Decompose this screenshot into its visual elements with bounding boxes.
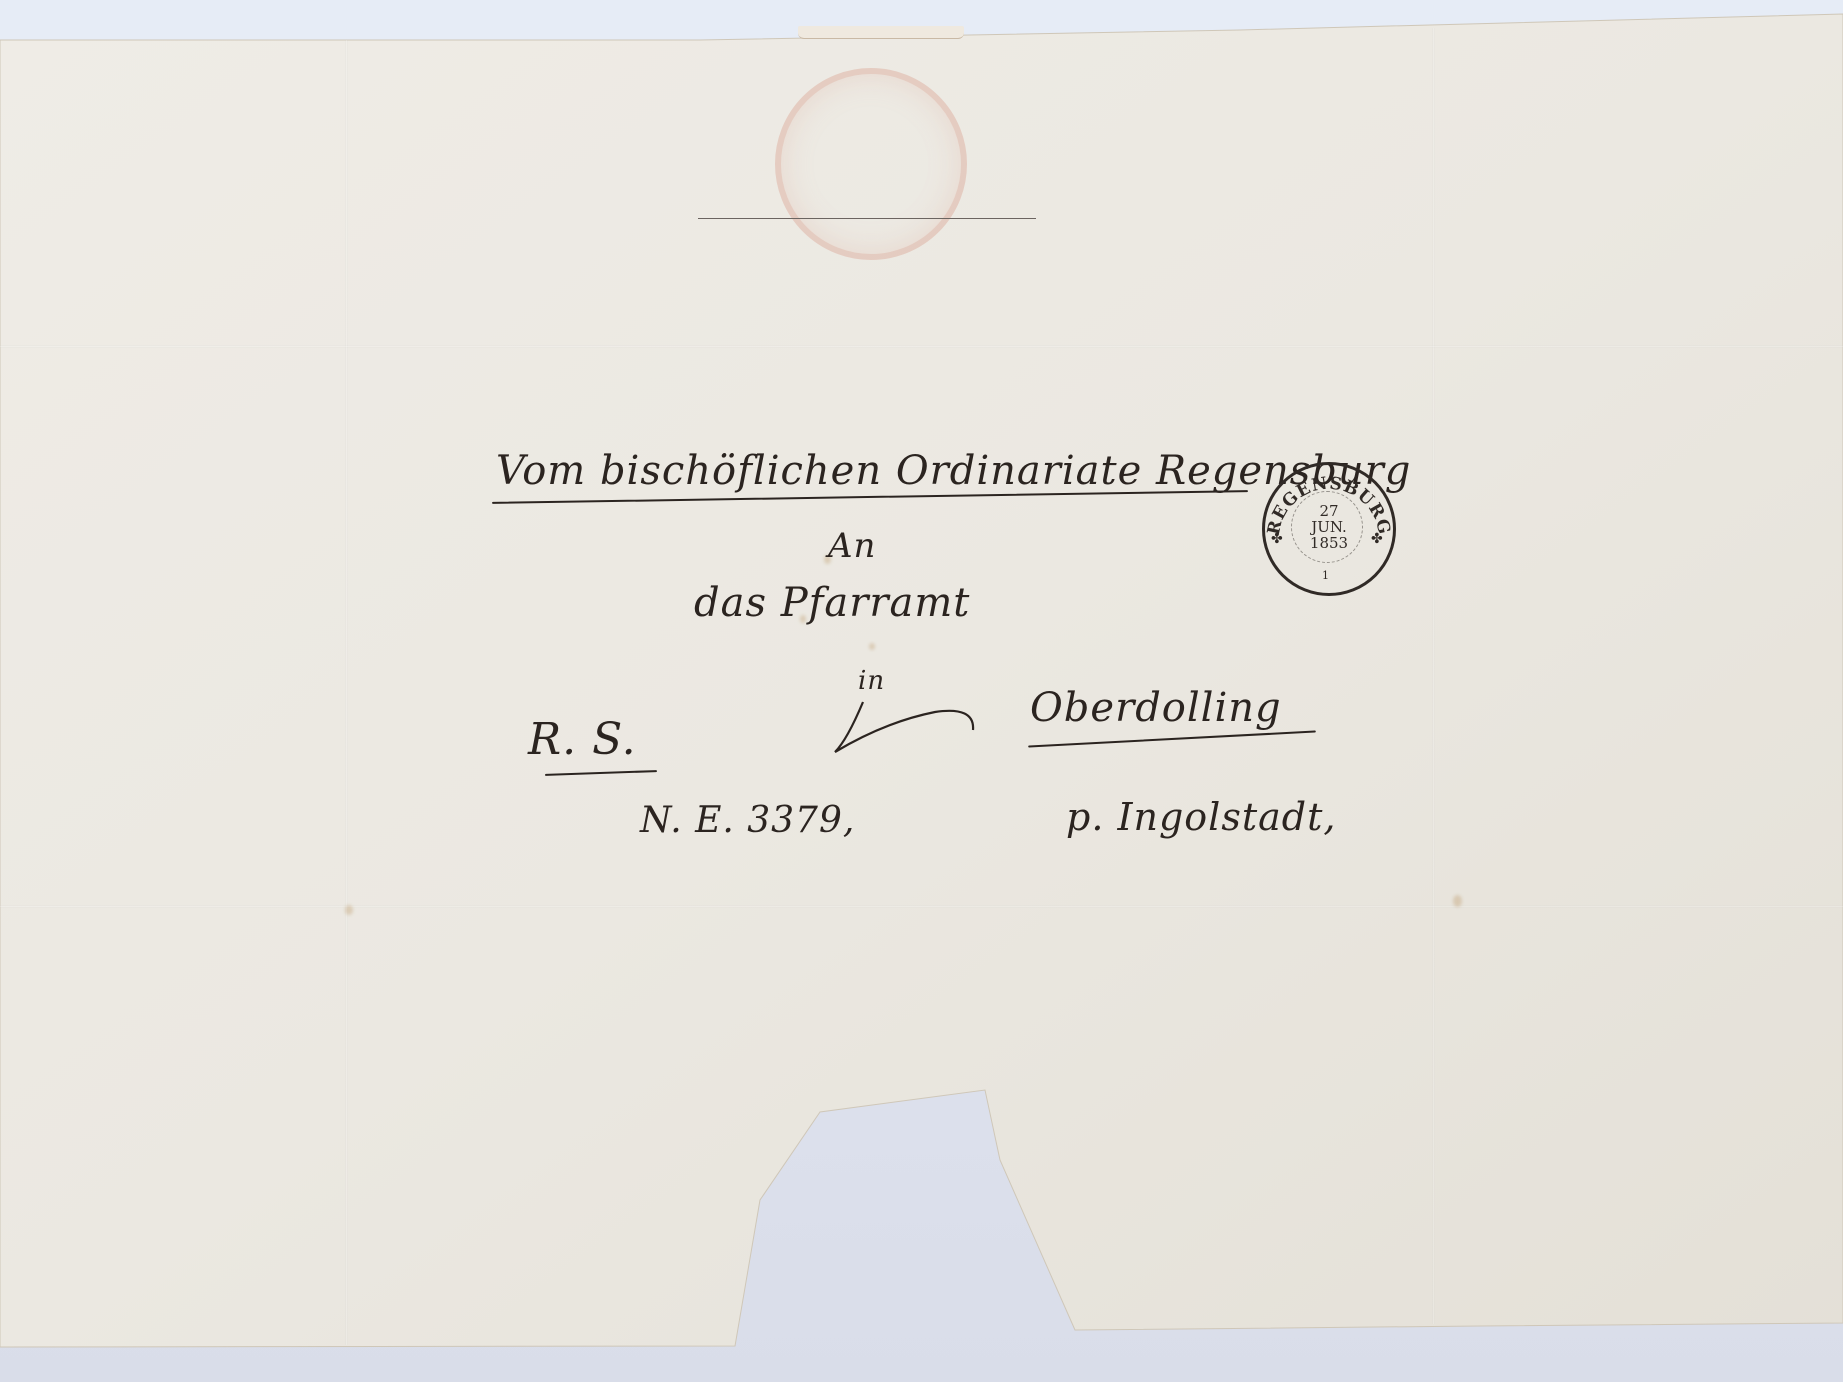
wax-seal-impression: [775, 68, 967, 260]
preposition: in: [858, 666, 885, 696]
regensburg-postmark: REGENSBURG 27 JUN. 1853 ✤ ✤ 1: [1262, 462, 1396, 596]
top-flap-edge: [798, 26, 964, 39]
salutation: An: [828, 526, 876, 566]
via-line: p. Ingolstadt,: [1066, 795, 1336, 839]
destination-town: Oberdolling: [1030, 685, 1282, 731]
reference-number: N. E. 3379,: [640, 800, 855, 841]
foxing-stain: [345, 905, 353, 915]
postmark-day: 27: [1265, 503, 1393, 519]
seal-baseline: [698, 218, 1036, 219]
postmark-sub-number: 1: [1322, 569, 1329, 582]
registry-mark: R. S.: [528, 714, 637, 765]
recipient-line: das Pfarramt: [694, 580, 970, 626]
flourish-stroke: [825, 700, 985, 760]
postmark-ornament-right-icon: ✤: [1371, 531, 1383, 547]
foxing-stain: [869, 643, 875, 650]
foxing-stain: [1453, 895, 1462, 907]
postmark-ornament-left-icon: ✤: [1271, 531, 1283, 547]
